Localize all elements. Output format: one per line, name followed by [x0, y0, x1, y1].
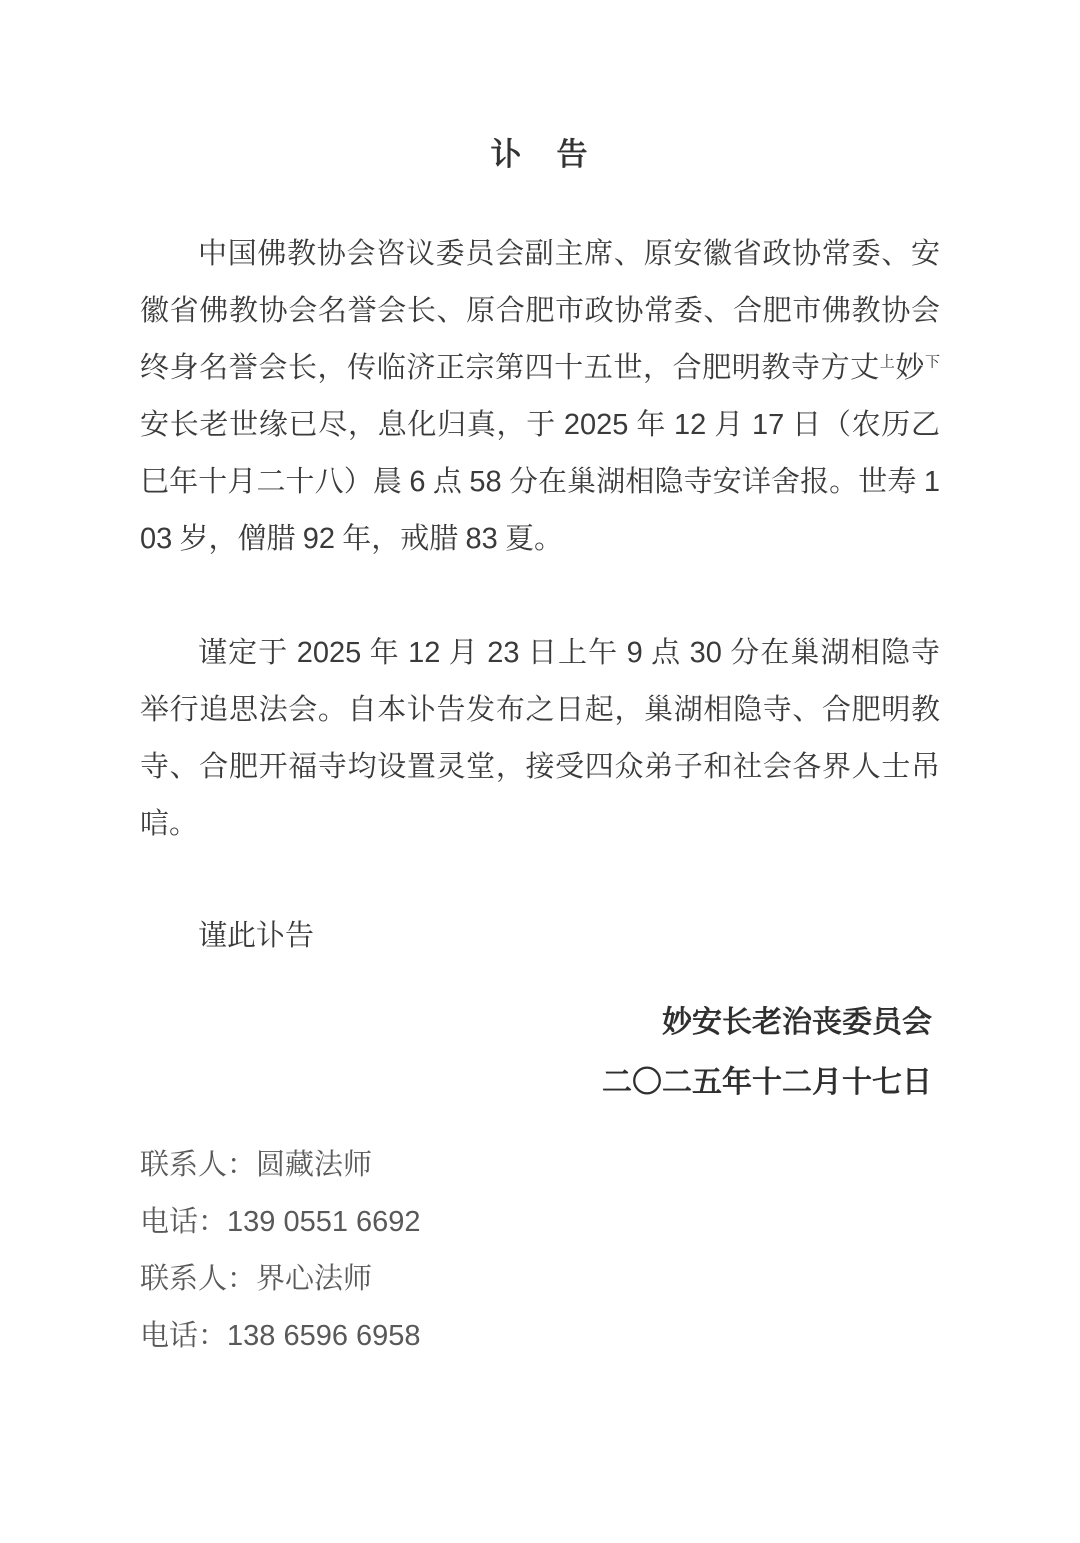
signature-date: 二〇二五年十二月十七日 [140, 1053, 932, 1113]
contacts-section: 联系人：圆藏法师 电话：139 0551 6692 联系人：界心法师 电话：13… [140, 1137, 940, 1365]
contact-name-line: 联系人：圆藏法师 [140, 1137, 940, 1194]
contact-value: 界心法师 [256, 1263, 372, 1295]
honorific-superscript-xia: 下 [925, 354, 940, 370]
contact-phone-line: 电话：139 0551 6692 [140, 1194, 940, 1251]
paragraph-memorial-arrangements: 谨定于 2025 年 12 月 23 日上午 9 点 30 分在巢湖相隐寺举行追… [140, 625, 940, 853]
contact-label: 联系人： [140, 1263, 256, 1295]
phone-label: 电话： [140, 1206, 227, 1238]
contact-name-line: 联系人：界心法师 [140, 1251, 940, 1308]
dharma-name-miao: 妙 [895, 352, 925, 384]
contact-label: 联系人： [140, 1149, 256, 1181]
phone-number: 139 0551 6692 [227, 1206, 421, 1238]
phone-number: 138 6596 6958 [227, 1320, 421, 1352]
signature-committee: 妙安长老治丧委员会 [140, 993, 932, 1053]
contact-phone-line: 电话：138 6596 6958 [140, 1308, 940, 1365]
phone-label: 电话： [140, 1320, 227, 1352]
obituary-document-page: 讣 告 中国佛教协会咨议委员会副主席、原安徽省政协常委、安徽省佛教协会名誉会长、… [0, 0, 1080, 1543]
honorific-superscript-shang: 上 [880, 354, 896, 370]
paragraph-biography: 中国佛教协会咨议委员会副主席、原安徽省政协常委、安徽省佛教协会名誉会长、原合肥市… [140, 226, 940, 568]
document-title: 讣 告 [140, 135, 940, 175]
signature-block: 妙安长老治丧委员会 二〇二五年十二月十七日 [140, 993, 940, 1113]
bio-text-part-1: 中国佛教协会咨议委员会副主席、原安徽省政协常委、安徽省佛教协会名誉会长、原合肥市… [140, 238, 940, 384]
contact-value: 圆藏法师 [256, 1149, 372, 1181]
bio-text-part-2: 安长老世缘已尽，息化归真，于 2025 年 12 月 17 日（农历乙巳年十月二… [140, 409, 940, 555]
closing-line: 谨此讣告 [140, 908, 940, 965]
